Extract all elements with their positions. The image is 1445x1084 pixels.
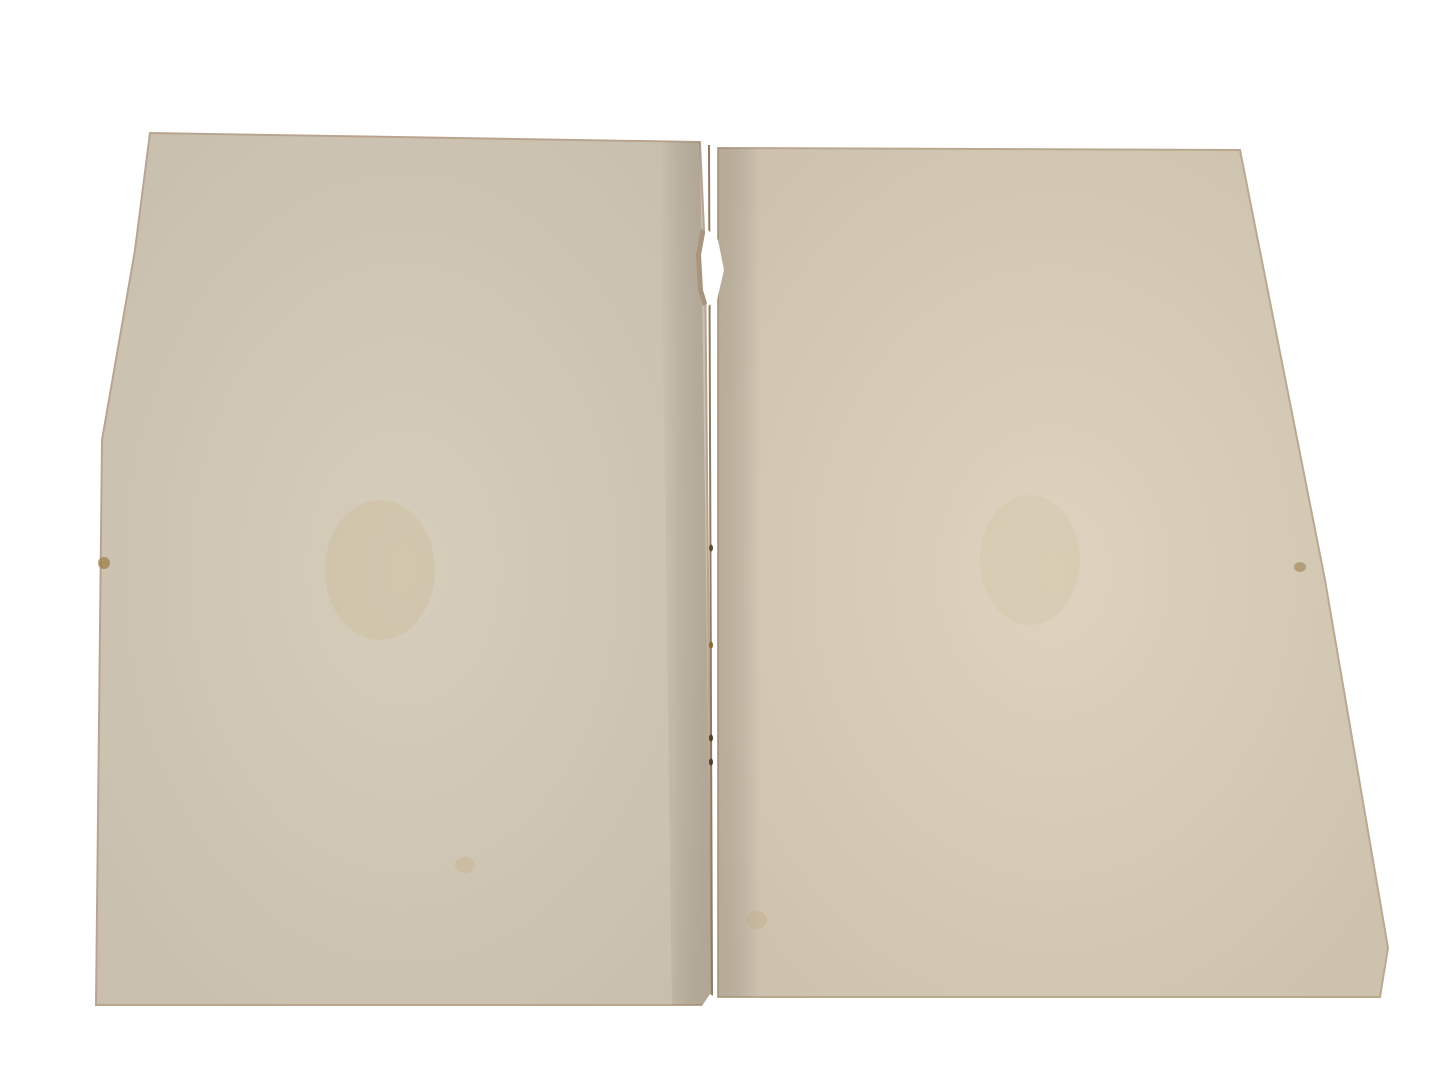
left-page-stain-1 — [98, 557, 110, 569]
left-page-stain-0 — [325, 500, 435, 640]
stitch-mark-1 — [709, 642, 713, 649]
right-page-stain-2 — [747, 911, 767, 929]
right-page-stain-0 — [980, 495, 1080, 625]
stitch-mark-0 — [709, 545, 713, 552]
left-page — [96, 133, 712, 1005]
right-page-gutter-shadow — [718, 148, 760, 997]
left-page-stain-2 — [455, 857, 475, 873]
photo-scene — [0, 0, 1445, 1084]
stitch-mark-3 — [709, 759, 713, 766]
stitch-mark-2 — [709, 735, 713, 742]
right-page-stain-1 — [1294, 562, 1306, 572]
